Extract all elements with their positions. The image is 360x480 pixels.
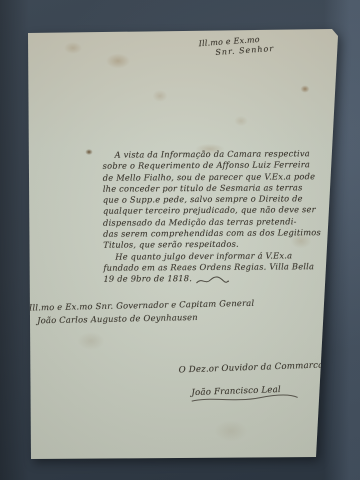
- letter-paper: Ill.mo e Ex.mo Snr. Senhor A vista da In…: [27, 29, 339, 460]
- paper-shadow-wrap: Ill.mo e Ex.mo Snr. Senhor A vista da In…: [0, 0, 360, 480]
- paraph-flourish-icon: [195, 275, 229, 287]
- signature-name: João Francisco Leal: [191, 382, 324, 399]
- date-text: 19 de 9bro de 1818.: [103, 273, 192, 284]
- letterhead-salutation: Ill.mo e Ex.mo Snr. Senhor: [198, 31, 319, 59]
- manuscript-photo: Ill.mo e Ex.mo Snr. Senhor A vista da In…: [0, 0, 360, 480]
- letter-body: A vista da Informação da Camara respecti…: [103, 148, 304, 285]
- date-line: 19 de 9bro de 1818.: [103, 273, 303, 286]
- addressee-block: Ill.mo e Ex.mo Snr. Governador e Capitam…: [29, 296, 269, 327]
- body-line: sobre o Requerimento de Affonso Luiz Fer…: [103, 160, 303, 173]
- signature-title: O Dez.or Ouvidor da Commarca: [178, 359, 323, 376]
- signature-block: O Dez.or Ouvidor da Commarca João Franci…: [178, 359, 324, 399]
